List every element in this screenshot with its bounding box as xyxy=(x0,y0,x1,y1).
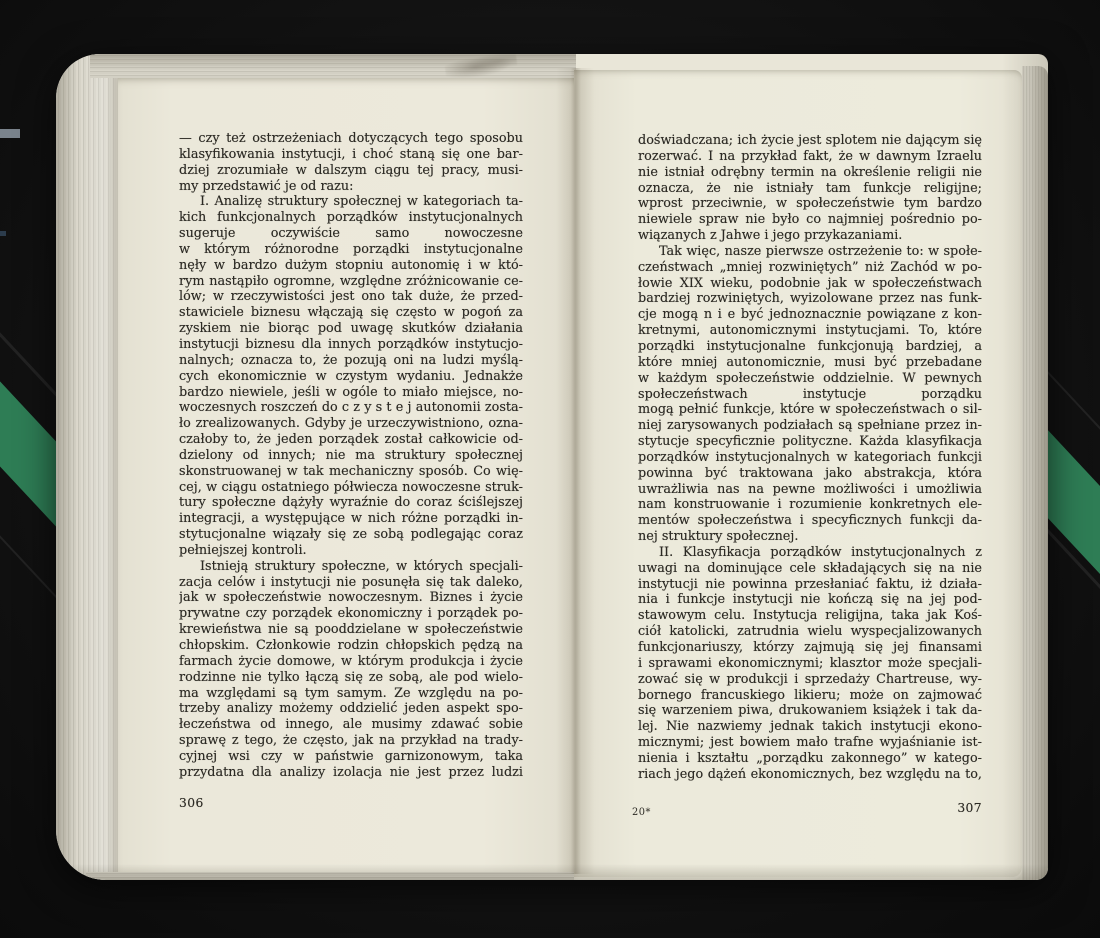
page-number-left: 306 xyxy=(179,796,204,810)
text-line: nie istniał odrębny termin na określenie… xyxy=(638,165,982,181)
text-line: niej zarysowanych podziałach są spełnian… xyxy=(638,418,982,434)
text-line: porządków instytucjonalnych w kategoriac… xyxy=(638,450,982,466)
text-line: nęły w bardzo dużym stopniu autonomię i … xyxy=(179,258,523,274)
text-line: stytucje specyficznie polityczne. Każda … xyxy=(638,434,982,450)
text-line: i sprawami ekonomicznymi; klasztor może … xyxy=(638,656,982,672)
text-line: cje mogą n i e być jednoznacznie powiąza… xyxy=(638,307,982,323)
text-line: sprawę z tego, że często, jak na przykła… xyxy=(179,733,523,749)
text-line: cych ekonomicznie w czystym wydaniu. Jed… xyxy=(179,369,523,385)
text-line: Istnieją struktury społeczne, w których … xyxy=(179,559,523,575)
text-line: lów; w rzeczywistości jest ono tak duże,… xyxy=(179,289,523,305)
text-line: ło zrealizowanych. Gdyby je urzeczywistn… xyxy=(179,416,523,432)
background-dot xyxy=(0,231,6,236)
text-line: nam konstruowanie i rozumienie konkretny… xyxy=(638,497,982,513)
text-line: się warzeniem piwa, drukowaniem książek … xyxy=(638,703,982,719)
text-line: ciół katolicki, zatrudnia wielu wyspecja… xyxy=(638,624,982,640)
text-line: łeczeństwa od innego, ale musimy zdawać … xyxy=(179,717,523,733)
text-line: społeczeństwach instytucje porządku pokr… xyxy=(638,387,982,403)
text-line: w każdym społeczeństwie oddzielnie. W pe… xyxy=(638,371,982,387)
text-line: instytucji nie powinna przesłaniać faktu… xyxy=(638,577,982,593)
text-line: integracji, a występujące w nich różne p… xyxy=(179,511,523,527)
text-line: I. Analizę struktury społecznej w katego… xyxy=(179,194,523,210)
text-line: instytucji biznesu dla innych porządków … xyxy=(179,337,523,353)
text-line: doświadczana; ich życie jest splotem nie… xyxy=(638,133,982,149)
text-line: niewiele spraw nie było co najmniej pośr… xyxy=(638,212,982,228)
text-line: wprost przeciwnie, w społeczeństwie tym … xyxy=(638,196,982,212)
text-line: tury społeczne dążyły wyraźnie do coraz … xyxy=(179,495,523,511)
text-line: porządki instytucjonalne funkcjonują bar… xyxy=(638,339,982,355)
left-page-text: — czy też ostrzeżeniach dotyczących tego… xyxy=(179,131,523,781)
text-line: powinna być traktowana jako abstrakcja, … xyxy=(638,466,982,482)
text-line: krewieństwa nie są pooddzielane w społec… xyxy=(179,622,523,638)
text-line: pełniejszej kontroli. xyxy=(179,543,523,559)
right-page-text: doświadczana; ich życie jest splotem nie… xyxy=(638,133,982,783)
text-line: riach jego dążeń ekonomicznych, bez wzgl… xyxy=(638,767,982,783)
background-mark xyxy=(0,129,20,138)
text-line: ma względami są tym samym. Ze względu na… xyxy=(179,686,523,702)
text-line: jak w społeczeństwie nowoczesnym. Biznes… xyxy=(179,590,523,606)
text-line: dzielony od innych; nie ma struktury spo… xyxy=(179,448,523,464)
text-line: sugeruje oczywiście samo nowoczesne społ… xyxy=(179,226,523,242)
bottom-page-edge-stack xyxy=(86,872,578,880)
text-line: które mniej autonomicznie, musi być prze… xyxy=(638,355,982,371)
text-line: zyskiem nie biorąc pod uwagę skutków dzi… xyxy=(179,321,523,337)
text-line: w którym różnorodne porządki instytucjon… xyxy=(179,242,523,258)
text-line: — czy też ostrzeżeniach dotyczących tego… xyxy=(179,131,523,147)
text-line: bardziej rozwiniętych, wyizolowane przez… xyxy=(638,291,982,307)
text-line: uwagi na dominujące cele składających si… xyxy=(638,561,982,577)
text-line: przydatna dla analizy izolacja nie jest … xyxy=(179,765,523,781)
text-line: nej struktury społecznej. xyxy=(638,529,982,545)
spine-gutter xyxy=(556,68,594,874)
text-line: nia i funkcje instytucji nie kończą się … xyxy=(638,592,982,608)
text-line: uwrażliwia nas na pewne możliwości i umo… xyxy=(638,482,982,498)
text-line: wiązanych z Jahwe i jego przykazaniami. xyxy=(638,228,982,244)
text-line: stytucjonalne wiązały się ze sobą podleg… xyxy=(179,527,523,543)
left-page-edge-stack xyxy=(56,54,118,880)
text-line: łowie XIX wieku, podobnie jak w społecze… xyxy=(638,276,982,292)
text-line: woczesnych roszczeń do c z y s t e j aut… xyxy=(179,400,523,416)
text-line: kich funkcjonalnych porządków instytucjo… xyxy=(179,210,523,226)
text-line: bardzo niewiele, jeśli w ogóle to miało … xyxy=(179,385,523,401)
text-line: nienia i kształtu „porządku zakonnego” w… xyxy=(638,751,982,767)
text-line: stawiciele biznesu włączają się często w… xyxy=(179,305,523,321)
text-line: zacja celów i instytucji nie posunęła si… xyxy=(179,575,523,591)
text-line: rym nastąpiło ogromne, względne zróżnico… xyxy=(179,274,523,290)
text-line: stawowym celu. Instytucja religijna, tak… xyxy=(638,608,982,624)
text-line: czałoby to, że jeden porządek został cał… xyxy=(179,432,523,448)
text-line: rodzinne nie tylko łączą się ze sobą, al… xyxy=(179,670,523,686)
text-line: trzeby analizy możemy oddzielić jeden as… xyxy=(179,701,523,717)
text-line: cyjnej wsi czy w państwie garnizonowym, … xyxy=(179,749,523,765)
text-line: lej. Nie nazwiemy jednak takich instytuc… xyxy=(638,719,982,735)
text-line: czeństwach „mniej rozwiniętych” niż Zach… xyxy=(638,260,982,276)
text-line: mentów społeczeństwa i specyficznych fun… xyxy=(638,513,982,529)
text-line: zować się w produkcji i sprzedaży Chartr… xyxy=(638,672,982,688)
text-line: II. Klasyfikacja porządków instytucjonal… xyxy=(638,545,982,561)
text-line: funkcjonariuszy, którzy zajmują się jej … xyxy=(638,640,982,656)
text-line: skonstruowanej w tak mechaniczny sposób.… xyxy=(179,464,523,480)
text-line: my przedstawić je od razu: xyxy=(179,179,523,195)
text-line: prywatne czy porządek ekonomiczny i porz… xyxy=(179,606,523,622)
text-line: oznacza, że nie istniały tam funkcje rel… xyxy=(638,181,982,197)
book-spread: — czy też ostrzeżeniach dotyczących tego… xyxy=(56,54,1048,880)
text-line: farmach życie domowe, w którym produkcja… xyxy=(179,654,523,670)
text-line: bornego francuskiego likieru; może on za… xyxy=(638,688,982,704)
text-line: cej, w ciągu ostatniego półwiecza nowocz… xyxy=(179,480,523,496)
right-page-edge-stack xyxy=(1022,66,1048,880)
text-line: klasyfikowania instytucji, i choć staną … xyxy=(179,147,523,163)
text-line: nalnych; oznacza to, że pozują oni na lu… xyxy=(179,353,523,369)
text-line: Tak więc, nasze pierwsze ostrzeżenie to:… xyxy=(638,244,982,260)
text-line: chłopskim. Członkowie rodzin chłopskich … xyxy=(179,638,523,654)
page-number-right: 307 xyxy=(638,801,982,815)
text-line: dziej zrozumiałe w dalszym ciągu tej pra… xyxy=(179,163,523,179)
text-line: rozerwać. I na przykład fakt, że w dawny… xyxy=(638,149,982,165)
text-line: micznymi; jest bowiem mało trafne wyjaśn… xyxy=(638,735,982,751)
text-line: mogą pełnić funkcje, które w społeczeńst… xyxy=(638,402,982,418)
text-line: kretnymi, autonomicznymi instytucjami. T… xyxy=(638,323,982,339)
